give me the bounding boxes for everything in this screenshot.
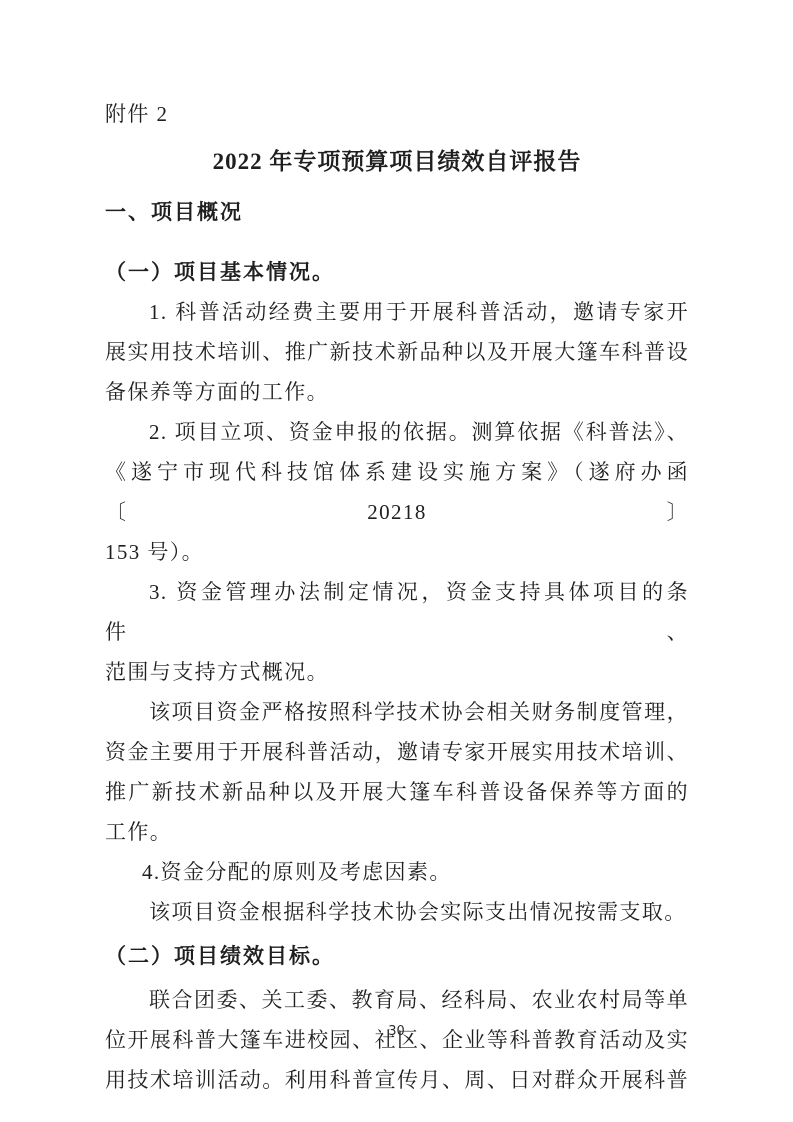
paragraph: 3. 资金管理办法制定情况，资金支持具体项目的条件、 范围与支持方式概况。 — [105, 572, 689, 692]
document-content: 附件 2 2022 年专项预算项目绩效自评报告 一、项目概况 （一）项目基本情况… — [105, 94, 689, 1100]
document-title: 2022 年专项预算项目绩效自评报告 — [105, 142, 689, 182]
paragraph-line: 范围与支持方式概况。 — [105, 652, 689, 692]
paragraph: 1. 科普活动经费主要用于开展科普活动，邀请专家开 展实用技术培训、推广新技术新… — [105, 292, 689, 412]
attachment-label: 附件 2 — [105, 94, 689, 134]
paragraph-line: 联合团委、关工委、教育局、经科局、农业农村局等单 — [105, 980, 689, 1020]
paragraph-line: 该项目资金根据科学技术协会实际支出情况按需支取。 — [105, 892, 689, 932]
subsection-heading: （二）项目绩效目标。 — [105, 936, 689, 976]
page-number: 30 — [0, 1024, 793, 1039]
paragraph-line: 《遂宁市现代科技馆体系建设实施方案》（遂府办函〔20218〕 — [105, 452, 689, 532]
subsection-heading: （一）项目基本情况。 — [105, 252, 689, 292]
paragraph-line: 1. 科普活动经费主要用于开展科普活动，邀请专家开 — [105, 292, 689, 332]
section-heading: 一、项目概况 — [105, 192, 689, 232]
paragraph: 该项目资金根据科学技术协会实际支出情况按需支取。 — [105, 892, 689, 932]
paragraph-line: 153 号）。 — [105, 532, 689, 572]
paragraph-line: 3. 资金管理办法制定情况，资金支持具体项目的条件、 — [105, 572, 689, 652]
paragraph: 4.资金分配的原则及考虑因素。 — [105, 852, 689, 892]
paragraph-line: 备保养等方面的工作。 — [105, 372, 689, 412]
paragraph-line: 工作。 — [105, 812, 689, 852]
paragraph: 联合团委、关工委、教育局、经科局、农业农村局等单 位开展科普大篷车进校园、社区、… — [105, 980, 689, 1100]
document-page: 附件 2 2022 年专项预算项目绩效自评报告 一、项目概况 （一）项目基本情况… — [0, 0, 793, 1122]
paragraph-line: 用技术培训活动。利用科普宣传月、周、日对群众开展科普 — [105, 1060, 689, 1100]
paragraph-line: 展实用技术培训、推广新技术新品种以及开展大篷车科普设 — [105, 332, 689, 372]
paragraph-line: 2. 项目立项、资金申报的依据。测算依据《科普法》、 — [105, 412, 689, 452]
paragraph-line: 该项目资金严格按照科学技术协会相关财务制度管理， — [105, 692, 689, 732]
paragraph-line: 4.资金分配的原则及考虑因素。 — [105, 852, 689, 892]
paragraph: 2. 项目立项、资金申报的依据。测算依据《科普法》、 《遂宁市现代科技馆体系建设… — [105, 412, 689, 572]
paragraph-line: 推广新技术新品种以及开展大篷车科普设备保养等方面的 — [105, 772, 689, 812]
paragraph: 该项目资金严格按照科学技术协会相关财务制度管理， 资金主要用于开展科普活动，邀请… — [105, 692, 689, 852]
paragraph-line: 资金主要用于开展科普活动，邀请专家开展实用技术培训、 — [105, 732, 689, 772]
